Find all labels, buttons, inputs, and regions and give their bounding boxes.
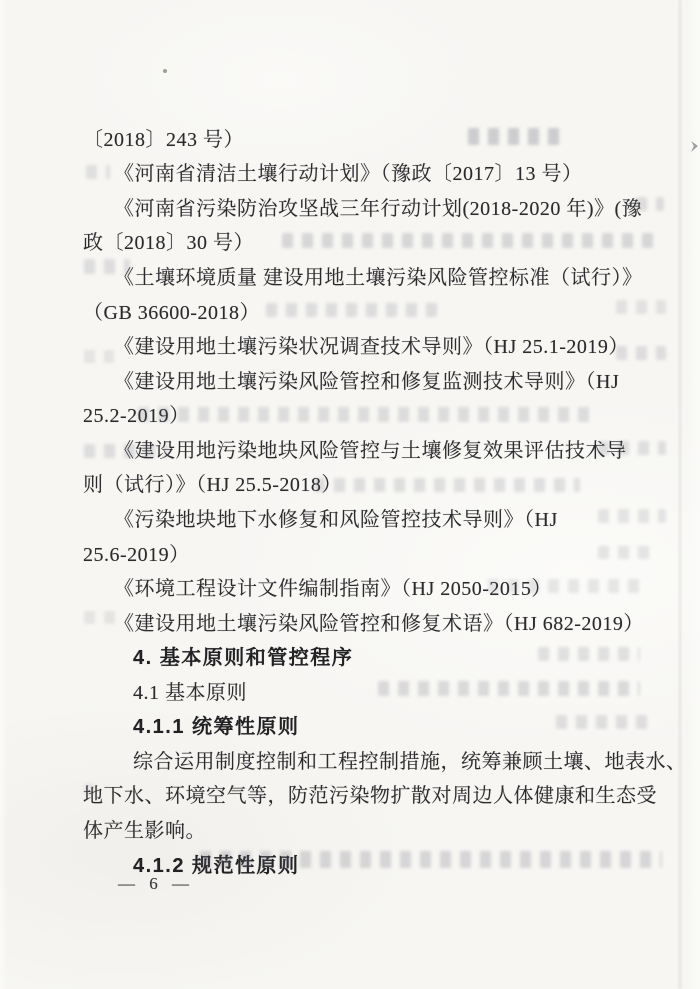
body-text: 《建设用地土壤污染风险管控和修复术语》（HJ 682-2019）	[114, 607, 644, 636]
text-line: 《建设用地土壤污染风险管控和修复术语》（HJ 682-2019）	[83, 604, 649, 639]
body-text: 则（试行）》（HJ 25.5-2018）	[83, 468, 342, 497]
text-line: 《环境工程设计文件编制指南》（HJ 2050-2015）	[83, 569, 649, 604]
text-line: 《土壤环境质量 建设用地土壤污染风险管控标准（试行）》	[83, 258, 649, 293]
text-line: 《污染地块地下水修复和风险管控技术导则》（HJ	[83, 500, 649, 535]
text-line: 《建设用地土壤污染风险管控和修复监测技术导则》（HJ	[83, 362, 649, 397]
text-line: 则（试行）》（HJ 25.5-2018）	[83, 466, 649, 501]
text-line: 4. 基本原则和管控程序	[83, 638, 649, 673]
text-line: 《河南省污染防治攻坚战三年行动计划(2018-2020 年)》(豫	[83, 189, 649, 224]
text-line: 4.1.1 统筹性原则	[83, 708, 649, 743]
page-fold-line	[679, 0, 681, 989]
body-text: 《污染地块地下水修复和风险管控技术导则》（HJ	[114, 503, 558, 532]
text-line: 体产生影响。	[83, 811, 649, 846]
text-line: 综合运用制度控制和工程控制措施，统筹兼顾土壤、地表水、	[83, 742, 649, 777]
text-line: 25.6-2019）	[83, 535, 649, 570]
body-text: 《建设用地污染地块风险管控与土壤修复效果评估技术导	[114, 434, 627, 463]
text-line: 地下水、环境空气等，防范污染物扩散对周边人体健康和生态受	[83, 777, 649, 812]
text-line: 25.2-2019）	[83, 397, 649, 432]
text-line: 《河南省清洁土壤行动计划》（豫政〔2017〕13 号）	[83, 155, 649, 190]
body-text: 《河南省污染防治攻坚战三年行动计划(2018-2020 年)》(豫	[114, 192, 642, 221]
text-line: 《建设用地污染地块风险管控与土壤修复效果评估技术导	[83, 431, 649, 466]
scanned-document-page: 〔2018〕243 号）《河南省清洁土壤行动计划》（豫政〔2017〕13 号）《…	[0, 0, 700, 989]
text-line: 《建设用地土壤污染状况调查技术导则》（HJ 25.1-2019）	[83, 327, 649, 362]
body-text: 25.6-2019）	[83, 538, 190, 567]
body-text: 《河南省清洁土壤行动计划》（豫政〔2017〕13 号）	[114, 157, 583, 186]
body-text: 体产生影响。	[83, 814, 206, 843]
body-text: 4.1 基本原则	[133, 676, 247, 705]
heading-text: 4.1.1 统筹性原则	[133, 710, 300, 739]
body-text: 《建设用地土壤污染风险管控和修复监测技术导则》（HJ	[114, 365, 619, 394]
text-line: 政〔2018〕30 号）	[83, 224, 649, 259]
scan-edge-left	[0, 0, 7, 989]
body-text: 《环境工程设计文件编制指南》（HJ 2050-2015）	[114, 572, 552, 601]
body-text: 政〔2018〕30 号）	[83, 226, 254, 255]
body-text: 《建设用地土壤污染状况调查技术导则》（HJ 25.1-2019）	[114, 330, 629, 359]
body-text: 《土壤环境质量 建设用地土壤污染风险管控标准（试行）》	[114, 261, 643, 290]
body-text: 地下水、环境空气等，防范污染物扩散对周边人体健康和生态受	[83, 779, 657, 808]
heading-text: 4. 基本原则和管控程序	[133, 641, 353, 670]
page-number: — 6 —	[118, 874, 194, 894]
scan-speck	[163, 69, 167, 73]
document-text-block: 〔2018〕243 号）《河南省清洁土壤行动计划》（豫政〔2017〕13 号）《…	[83, 120, 649, 880]
text-line: 〔2018〕243 号）	[83, 120, 649, 155]
body-text: 综合运用制度控制和工程控制措施，统筹兼顾土壤、地表水、	[133, 745, 687, 774]
body-text: （GB 36600-2018）	[83, 296, 260, 325]
text-line: 4.1 基本原则	[83, 673, 649, 708]
text-line: （GB 36600-2018）	[83, 293, 649, 328]
body-text: 〔2018〕243 号）	[83, 123, 244, 152]
body-text: 25.2-2019）	[83, 399, 190, 428]
